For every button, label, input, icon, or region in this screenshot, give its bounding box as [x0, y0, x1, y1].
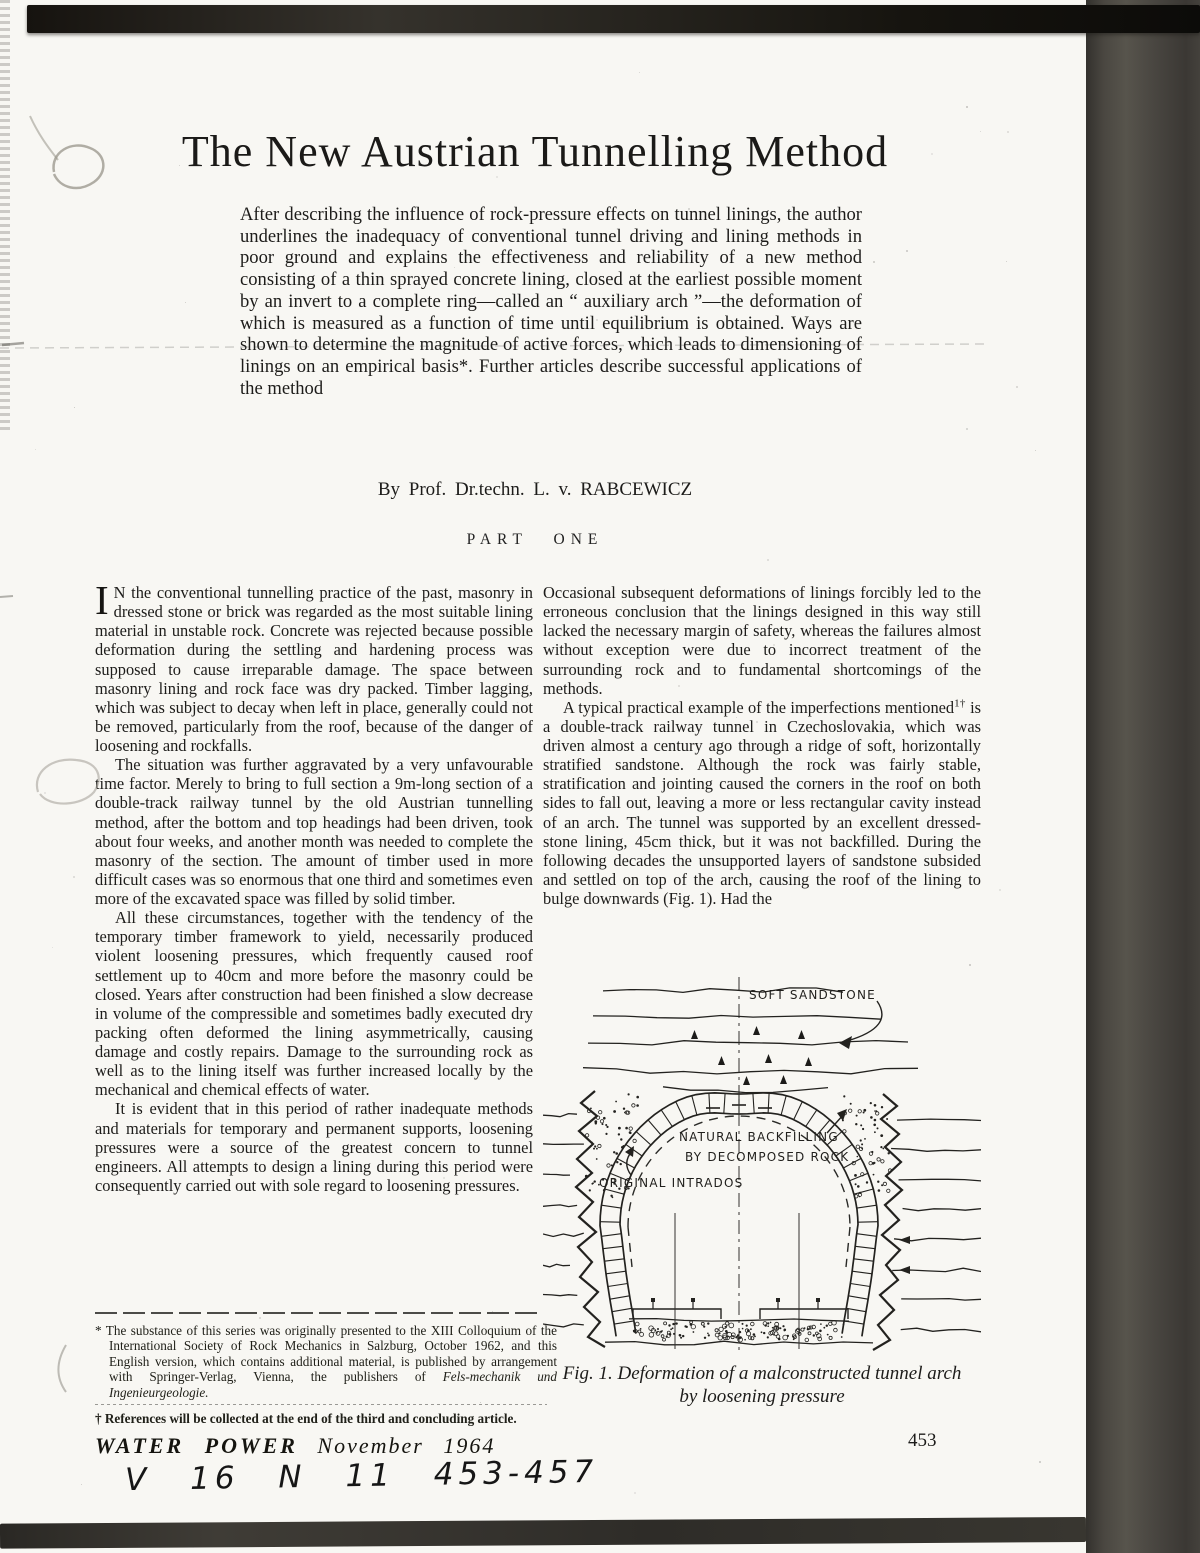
- scan-speckle: [637, 627, 639, 629]
- figure-label-backfilling-1: NATURAL BACKFILLING: [679, 1130, 839, 1144]
- scan-speckle: [969, 964, 971, 966]
- scan-speckle: [52, 947, 53, 948]
- journal-issue: November 1964: [317, 1433, 495, 1458]
- footnote-rule: [95, 1312, 540, 1314]
- figure-label-original-intrados: ORIGINAL INTRADOS: [599, 1176, 743, 1190]
- scan-speckle: [443, 1177, 445, 1179]
- part-label: PART ONE: [85, 531, 985, 549]
- scan-speckle: [596, 319, 598, 321]
- figure-annotations: SOFT SANDSTONE NATURAL BACKFILLING BY DE…: [599, 988, 882, 1190]
- caption-line: Fig. 1. Deformation of a malconstructed …: [563, 1363, 962, 1384]
- scan-speckle: [873, 261, 875, 263]
- scan-speckle: [639, 72, 640, 73]
- scan-speckle: [819, 295, 821, 297]
- scan-speckle: [688, 208, 690, 210]
- scan-border-top: [27, 5, 1200, 33]
- pencil-scribble: [37, 760, 99, 804]
- scan-speckle: [35, 449, 36, 450]
- scan-speckle: [1039, 1461, 1041, 1463]
- paragraph-text: N the conventional tunnelling practice o…: [95, 583, 533, 755]
- scan-speckle: [908, 650, 910, 652]
- scan-speckle: [496, 176, 498, 178]
- left-column: IN the conventional tunnelling practice …: [95, 583, 533, 1195]
- figure-label-soft-sandstone: SOFT SANDSTONE: [749, 988, 876, 1002]
- scan-speckle: [791, 280, 792, 281]
- right-column: Occasional subsequent deformations of li…: [543, 583, 981, 908]
- figure-label-backfilling-2: BY DECOMPOSED ROCK: [685, 1150, 849, 1164]
- pencil-mark: [59, 1345, 67, 1392]
- scan-speckle: [44, 792, 46, 794]
- scan-speckle: [454, 267, 455, 268]
- scan-speckle: [185, 302, 186, 303]
- paper-sheet: The New Austrian Tunnelling Method After…: [0, 0, 1086, 1553]
- scan-speckle: [492, 1311, 493, 1312]
- scan-speckle: [941, 666, 942, 667]
- paragraph: All these circumstances, together with t…: [95, 908, 533, 1099]
- paragraph: IN the conventional tunnelling practice …: [95, 583, 533, 755]
- scan-speckle: [106, 1055, 108, 1057]
- scan-speckle: [773, 644, 775, 646]
- footnote-asterisk: * The substance of this series was origi…: [95, 1323, 557, 1400]
- scan-speckle: [999, 889, 1001, 891]
- reference-superscript: 1†: [954, 697, 966, 709]
- drop-cap: I: [95, 583, 114, 617]
- scan-speckle: [764, 648, 766, 650]
- scan-dotted-line: [95, 1404, 547, 1405]
- scan-speckle: [756, 721, 758, 723]
- paragraph: Occasional subsequent deformations of li…: [543, 583, 981, 698]
- scan-speckle: [678, 685, 680, 687]
- page-number: 453: [908, 1430, 937, 1452]
- scan-speckle: [966, 428, 968, 430]
- scan-speckle: [736, 717, 737, 718]
- scan-speckle: [179, 165, 180, 166]
- scan-speckle: [480, 1402, 481, 1403]
- journal-footer: WATER POWER November 1964: [95, 1433, 495, 1459]
- scan-speckle: [634, 1492, 636, 1494]
- caption-line: by loosening pressure: [679, 1386, 844, 1407]
- scan-speckle: [906, 250, 908, 252]
- scan-border-right: [1086, 0, 1200, 1553]
- footnote-dagger: † References will be collected at the en…: [95, 1411, 543, 1426]
- scan-speckle: [299, 590, 300, 591]
- author-byline: By Prof. Dr.techn. L. v. RABCEWICZ: [85, 479, 985, 501]
- scan-speckle: [73, 876, 75, 878]
- paragraph-text: is a double-track railway tunnel in Czec…: [543, 698, 981, 908]
- paragraph: The situation was further aggravated by …: [95, 755, 533, 908]
- article-title: The New Austrian Tunnelling Method: [85, 126, 985, 177]
- scan-speckle: [1016, 386, 1018, 388]
- scan-speckle: [655, 820, 656, 821]
- scan-speckle: [980, 131, 981, 132]
- paragraph: A typical practical example of the imper…: [543, 698, 981, 908]
- scan-speckle: [259, 1317, 261, 1319]
- scan-speckle: [81, 1484, 82, 1485]
- scan-speckle: [227, 670, 229, 672]
- scan-speckle: [1035, 450, 1036, 451]
- handwritten-citation: V 16 N 11 453-457: [125, 1454, 599, 1498]
- scan-speckle: [1007, 131, 1009, 133]
- figure-caption: Fig. 1. Deformation of a malconstructed …: [543, 1362, 981, 1408]
- paragraph-text: A typical practical example of the imper…: [563, 698, 954, 717]
- scan-speckle: [1006, 261, 1007, 262]
- journal-name: WATER POWER: [95, 1433, 298, 1458]
- scan-speckle: [517, 702, 518, 703]
- abstract-text: After describing the influence of rock-p…: [240, 204, 862, 399]
- scan-speckle: [966, 106, 968, 108]
- scan-speckle: [767, 559, 769, 561]
- scan-edge-noise: [0, 0, 10, 430]
- scan-speckle: [74, 407, 75, 408]
- paragraph: It is evident that in this period of rat…: [95, 1099, 533, 1195]
- scanned-page: The New Austrian Tunnelling Method After…: [0, 0, 1200, 1553]
- arrow-icon: [839, 1036, 852, 1049]
- scan-speckle: [931, 153, 933, 155]
- figure-1-drawing: SOFT SANDSTONE NATURAL BACKFILLING BY DE…: [543, 975, 981, 1355]
- scan-speckle: [809, 733, 810, 734]
